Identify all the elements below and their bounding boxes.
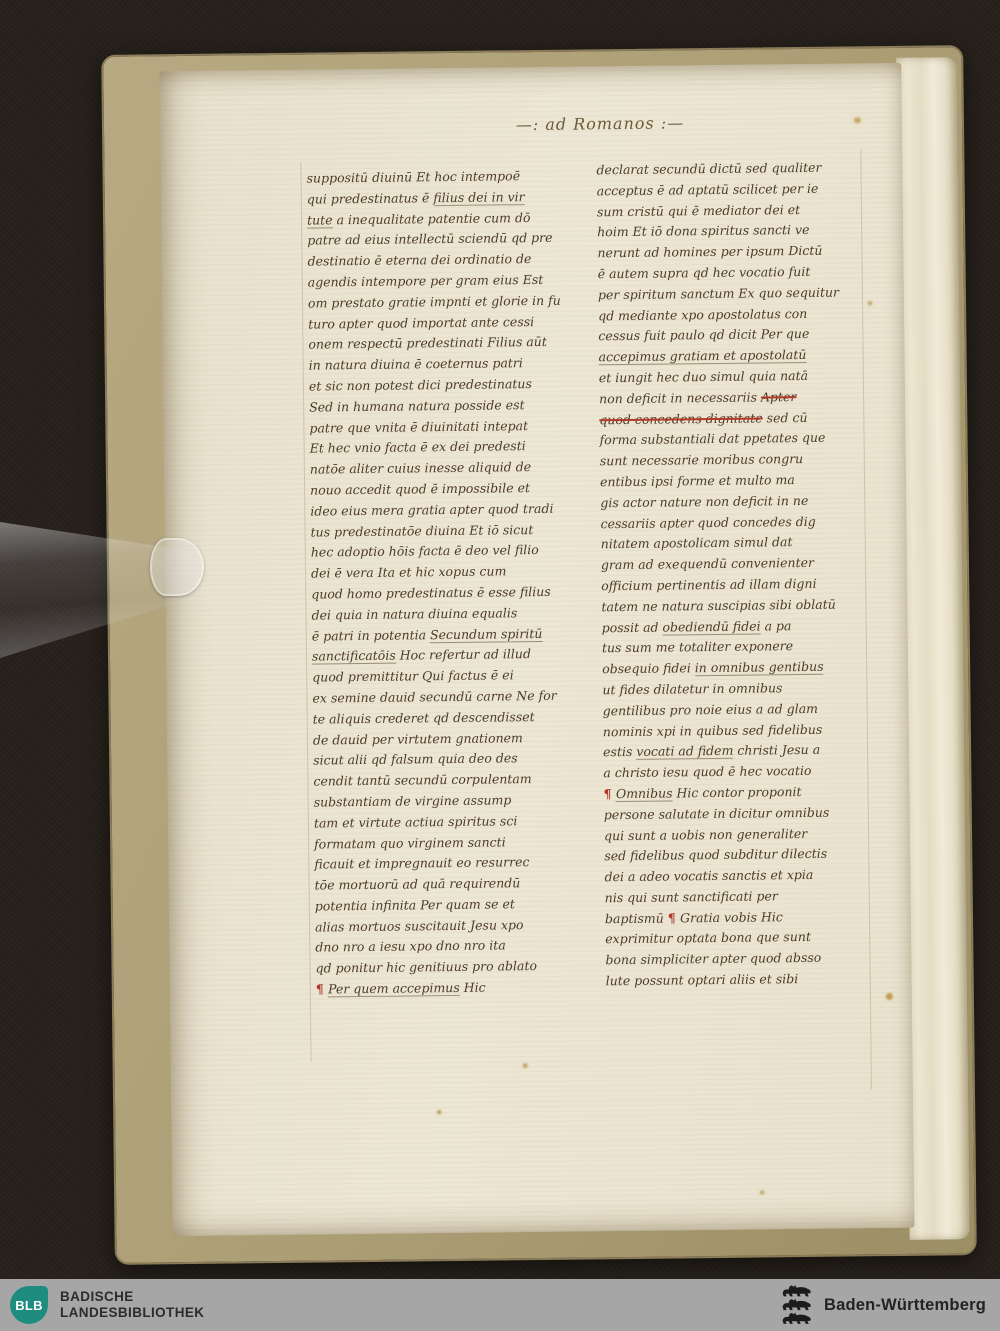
manuscript-line: non deficit in necessariis Apter [599, 386, 861, 410]
manuscript-line: in natura diuina ē coeternus patri [309, 353, 563, 377]
state-label: Baden-Württemberg [824, 1296, 986, 1315]
manuscript-line: sicut alii qd falsum quia deo des [313, 748, 567, 772]
baden-wuerttemberg-coat-of-arms-icon [780, 1283, 814, 1327]
manuscript-line: nouo accedit quod ē impossibile et [310, 478, 564, 502]
manuscript-line: suppositū diuinū Et hoc intempoē [306, 166, 560, 190]
manuscript-line: estis vocati ad fidem christi Jesu a [603, 740, 865, 764]
manuscript-line: sanctificatōis Hoc refertur ad illud [312, 644, 566, 668]
manuscript-line: cendit tantū secundū corpulentam [313, 769, 567, 793]
manuscript-line: accepimus gratiam et apostolatū [599, 345, 861, 369]
manuscript-book: —: ad Romanos :— suppositū diuinū Et hoc… [101, 45, 977, 1265]
manuscript-line: ¶ Omnibus Hic contor proponit [603, 781, 865, 805]
manuscript-line: a christo iesu quod ē hec vocatio [603, 760, 865, 784]
manuscript-line: acceptus ē ad aptatū scilicet per ie [597, 178, 859, 202]
manuscript-line: tus predestinatōe diuina Et iō sicut [310, 519, 564, 543]
manuscript-line: exprimitur optata bona que sunt [605, 927, 867, 951]
manuscript-line: et iungit hec duo simul quia natā [599, 365, 861, 389]
manuscript-line: alias mortuos suscitauit Jesu xpo [315, 914, 569, 938]
manuscript-line: obsequio fidei in omnibus gentibus [602, 656, 864, 680]
manuscript-line: qui sunt a uobis non generaliter [604, 823, 866, 847]
manuscript-line: ē patri in potentia Secundum spiritū [312, 623, 566, 647]
manuscript-line: sunt necessarie moribus congru [600, 448, 862, 472]
manuscript-line: destinatio ē eterna dei ordinatio de [307, 249, 561, 273]
footer-state-branding: Baden-Württemberg [780, 1279, 986, 1331]
manuscript-line: onem respectū predestinati Filius aūt [308, 332, 562, 356]
manuscript-line: et sic non potest dici predestinatus [309, 374, 563, 398]
manuscript-line: hec adoptio hōis facta ē deo vel filio [311, 540, 565, 564]
manuscript-column-left: suppositū diuinū Et hoc intempoēqui pred… [306, 166, 569, 1001]
manuscript-line: quod premittitur Qui factus ē ei [312, 665, 566, 689]
manuscript-line: cessariis apter quod concedes dig [600, 511, 862, 535]
manuscript-line: gentilibus pro noie eius a ad glam [603, 698, 865, 722]
manuscript-line: persone salutate in dicitur omnibus [604, 802, 866, 826]
manuscript-page: —: ad Romanos :— suppositū diuinū Et hoc… [159, 63, 914, 1236]
running-title: —: ad Romanos :— [460, 113, 740, 135]
foxing-spot [868, 301, 872, 305]
manuscript-line: tam et virtute actiua spiritus sci [314, 810, 568, 834]
foxing-spot [437, 1110, 441, 1114]
manuscript-line: tōe mortuorū ad quā requirendū [314, 873, 568, 897]
library-name: BADISCHE LANDESBIBLIOTHEK [60, 1289, 204, 1321]
manuscript-line: cessus fuit paulo qd dicit Per que [598, 324, 860, 348]
manuscript-line: te aliquis crederet qd descendisset [313, 706, 567, 730]
library-name-line2: LANDESBIBLIOTHEK [60, 1305, 204, 1321]
manuscript-line: turo apter quod importat ante cessi [308, 311, 562, 335]
manuscript-line: baptismū ¶ Gratia vobis Hic [605, 906, 867, 930]
library-name-line1: BADISCHE [60, 1289, 204, 1305]
manuscript-line: per spiritum sanctum Ex quo sequitur [598, 282, 860, 306]
manuscript-line: bona simpliciter apter quod absso [605, 948, 867, 972]
manuscript-line: natōe aliter cuius inesse aliquid de [310, 457, 564, 481]
foxing-spot [523, 1063, 528, 1068]
manuscript-line: qd ponitur hic genitiuus pro ablato [315, 956, 569, 980]
manuscript-line: Et hec vnio facta ē ex dei predesti [310, 436, 564, 460]
manuscript-line: lute possunt optari aliis et sibi [606, 968, 868, 992]
blb-logo-text: BLB [15, 1298, 43, 1313]
blb-logo: BLB [10, 1286, 48, 1324]
manuscript-line: dei a adeo vocatis sanctis et xpia [604, 864, 866, 888]
manuscript-line: ideo eius mera gratia apter quod tradi [310, 498, 564, 522]
manuscript-line: ē autem supra qd hec vocatio fuit [598, 261, 860, 285]
manuscript-line: ex semine dauid secundū carne Ne for [312, 686, 566, 710]
library-footer-bar: BLB BADISCHE LANDESBIBLIOTHEK Baden-Würt… [0, 1279, 1000, 1331]
manuscript-line: qd mediante xpo apostolatus con [598, 303, 860, 327]
manuscript-line: agendis intempore per gram eius Est [308, 270, 562, 294]
foxing-spot [760, 1190, 764, 1194]
manuscript-line: patre que vnita ē diuinitati intepat [309, 415, 563, 439]
plastic-page-holder-tip [150, 538, 204, 596]
manuscript-line: dei quia in natura diuina equalis [311, 602, 565, 626]
manuscript-line: Sed in humana natura posside est [309, 394, 563, 418]
manuscript-line: nis qui sunt sanctificati per [605, 885, 867, 909]
manuscript-line: ut fides dilatetur in omnibus [602, 677, 864, 701]
foxing-spot [310, 1014, 313, 1017]
manuscript-line: de dauid per virtutem gnationem [313, 727, 567, 751]
manuscript-line: potentia infinita Per quam se et [315, 894, 569, 918]
manuscript-line: quod concedens dignitate sed cū [599, 407, 861, 431]
manuscript-line: gis actor nature non deficit in ne [600, 490, 862, 514]
manuscript-line: om prestato gratie impnti et glorie in f… [308, 290, 562, 314]
manuscript-line: nitatem apostolicam simul dat [601, 532, 863, 556]
manuscript-line: patre ad eius intellectū sciendū qd pre [307, 228, 561, 252]
manuscript-column-right: declarat secundū dictū sed qualiteraccep… [596, 157, 867, 992]
manuscript-line: formatam quo virginem sancti [314, 831, 568, 855]
manuscript-line: qui predestinatus ē filius dei in vir [307, 187, 561, 211]
manuscript-line: sed fidelibus quod subditur dilectis [604, 844, 866, 868]
manuscript-line: tute a inequalitate patentie cum dō [307, 207, 561, 231]
manuscript-line: tus sum me totaliter exponere [602, 636, 864, 660]
foxing-spot [854, 117, 861, 123]
manuscript-line: possit ad obediendū fidei a pa [602, 615, 864, 639]
manuscript-line: dei ē vera Ita et hic xopus cum [311, 561, 565, 585]
foxing-spot [886, 993, 893, 1000]
footer-library-branding: BLB BADISCHE LANDESBIBLIOTHEK [10, 1279, 204, 1331]
manuscript-line: forma substantiali dat ppetates que [599, 428, 861, 452]
manuscript-line: sum cristū qui ē mediator dei et [597, 199, 859, 223]
manuscript-line: quod homo predestinatus ē esse filius [311, 582, 565, 606]
manuscript-line: tatem ne natura suscipias sibi oblatū [601, 594, 863, 618]
manuscript-line: dno nro a iesu xpo dno nro ita [315, 935, 569, 959]
manuscript-line: ficauit et impregnauit eo resurrec [314, 852, 568, 876]
manuscript-line: nerunt ad homines per ipsum Dictū [597, 241, 859, 265]
manuscript-line: substantiam de virgine assump [314, 790, 568, 814]
manuscript-line: entibus ipsi forme et multo ma [600, 469, 862, 493]
manuscript-line: nominis xpi in quibus sed fidelibus [603, 719, 865, 743]
manuscript-line: officium pertinentis ad illam digni [601, 573, 863, 597]
manuscript-line: gram ad exequendū convenienter [601, 552, 863, 576]
manuscript-line: ¶ Per quem accepimus Hic [316, 977, 570, 1001]
manuscript-line: hoim Et iō dona spiritus sancti ve [597, 220, 859, 244]
manuscript-line: declarat secundū dictū sed qualiter [596, 157, 858, 181]
